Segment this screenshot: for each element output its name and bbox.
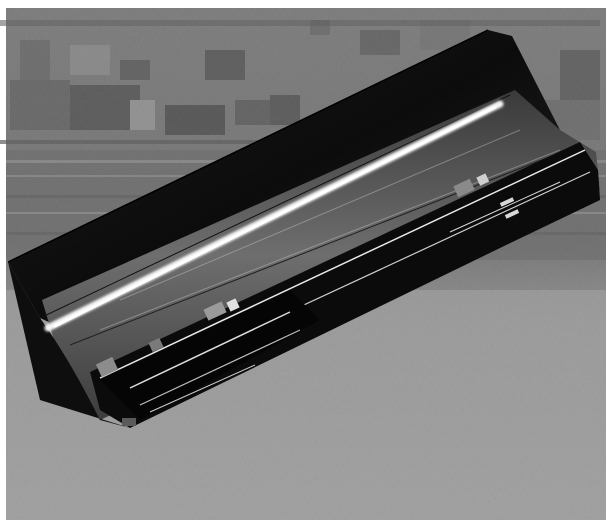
illustration: [0, 0, 611, 526]
foot: [122, 418, 136, 426]
